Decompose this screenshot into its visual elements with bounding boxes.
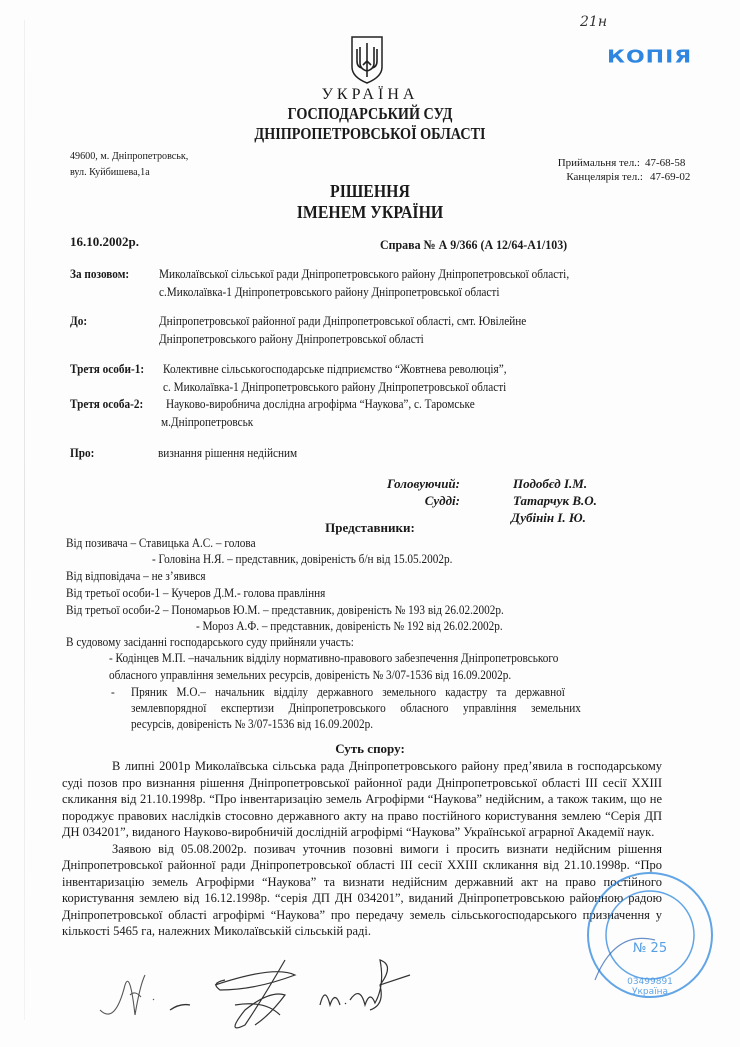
svg-text:Україна: Україна [632, 987, 668, 997]
rep-bullet: - [111, 685, 115, 700]
rep-line: - Мороз А.Ф. – представник, довіреність … [196, 619, 503, 634]
subject-text: визнання рішення недійсним [158, 446, 297, 461]
court-name-line2: ДНІПРОПЕТРОВСЬКОЇ ОБЛАСТІ [52, 124, 688, 144]
rep-line: Від відповідача – не з’явився [66, 569, 206, 584]
defendant-line2: Дніпропетровського району Дніпропетровсь… [159, 332, 424, 347]
third-party2-line2: м.Дніпропетровськ [161, 415, 253, 430]
presiding-label: Головуючий: [300, 476, 460, 492]
rep-line: Пряник М.О.– начальник відділу державног… [131, 685, 565, 700]
presiding-judge: Подобєд І.М. [513, 476, 587, 492]
essence-paragraph-1: В липні 2001р Миколаївська сільська рада… [62, 758, 662, 841]
third-party2-line1: Науково-виробнича дослідна агрофірма “На… [166, 397, 475, 412]
defendant-label: До: [70, 314, 87, 329]
essence-body: В липні 2001р Миколаївська сільська рада… [62, 758, 662, 940]
phone-value-reception: 47-68-58 [645, 157, 685, 169]
rep-line: ресурсів, довіреність № 3/07-1536 від 16… [131, 717, 373, 732]
official-seal-icon: № 25 03499891 Україна [585, 870, 715, 1000]
phone-label-reception: Приймальня тел.: [500, 157, 640, 169]
document-title: РІШЕННЯ [44, 181, 695, 202]
essence-heading: Суть спору: [0, 741, 740, 757]
third-party1-label: Третя особи-1: [70, 362, 144, 377]
rep-line: Від третьої особи-2 – Пономарьов Ю.М. – … [66, 603, 504, 618]
document-subtitle: ІМЕНЕМ УКРАЇНИ [44, 202, 695, 223]
plaintiff-line2: с.Миколаївка-1 Дніпропетровського району… [159, 285, 499, 300]
plaintiff-label: За позовом: [70, 267, 129, 282]
address-line1: 49600, м. Дніпропетровськ, [70, 150, 188, 162]
svg-text:03499891: 03499891 [627, 977, 673, 987]
country-name: УКРАЇНА [0, 86, 740, 104]
subject-label: Про: [70, 446, 94, 461]
rep-line: - Кодінцев М.П. –начальник відділу норма… [109, 651, 558, 666]
decision-date: 16.10.2002р. [70, 234, 139, 250]
rep-line: землевпорядної експертизи Дніпропетровсь… [131, 701, 581, 716]
rep-line: - Головіна Н.Я. – представник, довіреніс… [152, 552, 452, 567]
trident-emblem-icon [350, 35, 384, 85]
rep-line: обласного управління земельних ресурсів,… [109, 668, 511, 683]
rep-line: Від позивача – Ставицька А.С. – голова [66, 536, 256, 551]
copy-stamp: КОПІЯ [607, 48, 692, 68]
defendant-line1: Дніпропетровської районної ради Дніпропе… [159, 314, 526, 329]
third-party2-label: Третя особа-2: [70, 397, 143, 412]
essence-paragraph-2: Заявою від 05.08.2002р. позивач уточнив … [62, 841, 662, 940]
rep-line: В судовому засіданні господарського суду… [66, 635, 354, 650]
handwritten-note: 21н [580, 14, 607, 30]
plaintiff-line1: Миколаївської сільської ради Дніпропетро… [159, 267, 569, 282]
third-party1-line2: с. Миколаївка-1 Дніпропетровського район… [163, 380, 506, 395]
rep-line: Від третьої особи-1 – Кучеров Д.М.- голо… [66, 586, 325, 601]
case-number: Справа № А 9/366 (А 12/64-А1/103) [380, 237, 567, 253]
svg-text:№ 25: № 25 [633, 941, 667, 956]
judges-signatures [95, 955, 465, 1035]
representatives-heading: Представники: [0, 520, 740, 536]
court-name-line1: ГОСПОДАРСЬКИЙ СУД [52, 104, 688, 124]
judges-label: Судді: [300, 493, 460, 509]
judge-1: Татарчук В.О. [513, 493, 597, 509]
address-line2: вул. Куйбишева,1а [70, 166, 150, 178]
third-party1-line1: Колективне сільськогосподарське підприєм… [163, 362, 507, 377]
document-page: 21н КОПІЯ УКРАЇНА ГОСПОДАРСЬКИЙ СУД ДНІП… [0, 0, 740, 1047]
